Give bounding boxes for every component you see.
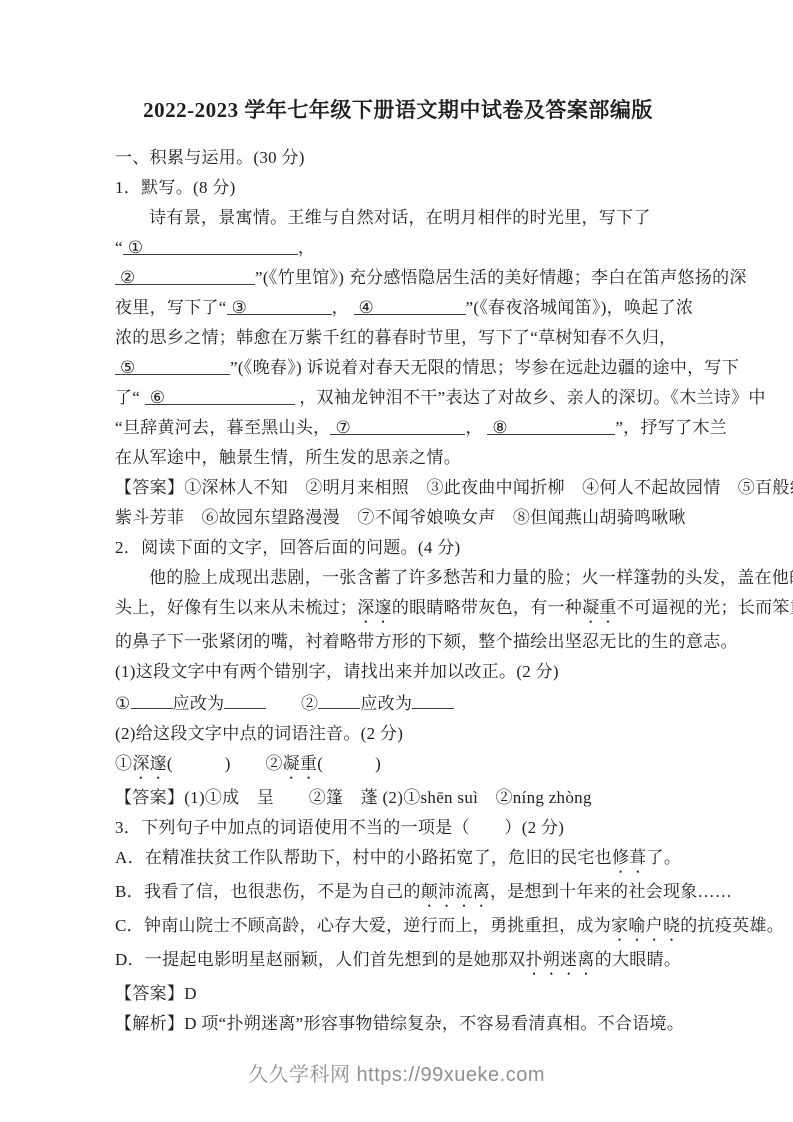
question-1-text-end: 在从军途中，触景生情，所生发的思亲之情。 <box>115 443 681 473</box>
question-1-blank-line-1: “①， <box>115 233 681 263</box>
fill-in-blank: ④ <box>354 293 466 315</box>
question-3-option-a: A．在精准扶贫工作队帮助下，村中的小路拓宽了，危旧的民宅也修葺了。 <box>115 843 681 877</box>
fill-in-blank <box>412 687 454 709</box>
fill-in-blank: ① <box>123 233 298 255</box>
question-2-sub-2-blanks: ①深邃( ) ②凝重( ) <box>115 749 681 783</box>
question-2-passage-1: 他的脸上成现出悲剧，一张含蓄了许多愁苦和力量的脸；火一样篷勃的头发，盖在他的 <box>115 563 681 593</box>
answer-2: 【答案】(1)①成 呈 ②篷 蓬 (2)①shēn suì ②níng zhòn… <box>115 783 681 813</box>
fill-in-blank <box>131 687 173 709</box>
question-2-heading: 2．阅读下面的文字，回答后面的问题。(4 分) <box>115 533 681 563</box>
emphasized-word: 深邃 <box>132 754 167 773</box>
fill-in-blank <box>318 687 360 709</box>
question-3-option-c: C．钟南山院士不顾高龄，心存大爱，逆行而上，勇挑重担，成为家喻户晓的抗疫英雄。 <box>115 911 681 945</box>
fill-in-blank <box>224 687 266 709</box>
emphasized-word: 深邃 <box>357 598 392 617</box>
fill-in-blank: ⑥ <box>145 383 295 405</box>
question-3-heading: 3．下列句子中加点的词语使用不当的一项是（ ）(2 分) <box>115 813 681 843</box>
fill-in-blank: ⑤ <box>115 353 230 375</box>
question-1-blank-line-2: ②”(《竹里馆》) 充分感悟隐居生活的美好情趣；李白在笛声悠扬的深 <box>115 263 681 293</box>
question-1-blank-line-3: 夜里，写下了“③， ④”(《春夜洛城闻笛》)，唤起了浓 <box>115 293 681 323</box>
fill-in-blank: ② <box>115 263 255 285</box>
question-1-text-line: 浓的思乡之情；韩愈在万紫千红的暮春时节里，写下了“草树知春不久归， <box>115 323 681 353</box>
question-2-sub-1-blanks: ①应改为 ②应改为 <box>115 687 681 719</box>
emphasized-word: 家喻户晓 <box>611 916 680 935</box>
emphasized-word: 修葺 <box>612 848 647 867</box>
question-2-passage-3: 的鼻子下一张紧闭的嘴，衬着略带方形的下颏，整个描绘出坚忍无比的生的意志。 <box>115 627 681 657</box>
question-1-blank-line-5: ⑤”(《晚春》) 诉说着对春天无限的情思；岑参在远赴边疆的途中，写下 <box>115 353 681 383</box>
watermark: 久久学科网 https://99xueke.com <box>0 1058 793 1087</box>
fill-in-blank: ⑦ <box>330 413 465 435</box>
emphasized-word: 颠沛流离 <box>421 882 490 901</box>
analysis-3: 【解析】D 项“扑朔迷离”形容事物错综复杂，不容易看清真相。不合语境。 <box>115 1009 681 1039</box>
watermark-text: 久久学科网 https://99xueke.com <box>248 1064 545 1086</box>
answer-1-line-1: 【答案】①深林人不知 ②明月来相照 ③此夜曲中闻折柳 ④何人不起故园情 ⑤百般红 <box>115 473 681 503</box>
emphasized-word: 凝重 <box>283 754 318 773</box>
fill-in-blank: ③ <box>227 293 332 315</box>
emphasized-word: 扑朔迷离 <box>525 950 594 969</box>
answer-3: 【答案】D <box>115 979 681 1009</box>
emphasized-word: 凝重 <box>582 598 617 617</box>
question-1-intro: 诗有景，景寓情。王维与自然对话，在明月相伴的时光里，写下了 <box>115 203 681 233</box>
answer-1-line-2: 紫斗芳菲 ⑥故园东望路漫漫 ⑦不闻爷娘唤女声 ⑧但闻燕山胡骑鸣啾啾 <box>115 503 681 533</box>
question-2-sub-1: (1)这段文字中有两个错别字，请找出来并加以改正。(2 分) <box>115 657 681 687</box>
section-1-heading: 一、积累与运用。(30 分) <box>115 143 681 173</box>
fill-in-blank: ⑧ <box>487 413 615 435</box>
question-2-sub-2: (2)给这段文字中点的词语注音。(2 分) <box>115 719 681 749</box>
question-3-option-d: D．一提起电影明星赵丽颖，人们首先想到的是她那双扑朔迷离的大眼睛。 <box>115 945 681 979</box>
document-body: 一、积累与运用。(30 分)1．默写。(8 分)诗有景，景寓情。王维与自然对话，… <box>115 143 681 1039</box>
question-1-blank-line-7: “旦辞黄河去，暮至黑山头，⑦， ⑧”，抒写了木兰 <box>115 413 681 443</box>
page-title: 2022-2023 学年七年级下册语文期中试卷及答案部编版 <box>115 93 681 127</box>
question-3-option-b: B．我看了信，也很悲伤，不是为自己的颠沛流离，是想到十年来的社会现象…… <box>115 877 681 911</box>
question-1-heading: 1．默写。(8 分) <box>115 173 681 203</box>
question-2-passage-2: 头上，好像有生以来从未梳过；深邃的眼睛略带灰色，有一种凝重不可逼视的光；长而笨重 <box>115 593 681 627</box>
exam-page: 2022-2023 学年七年级下册语文期中试卷及答案部编版 一、积累与运用。(3… <box>0 0 793 1122</box>
question-1-blank-line-6: 了“ ⑥ ，双袖龙钟泪不干”表达了对故乡、亲人的深切。《木兰诗》中 <box>115 383 681 413</box>
